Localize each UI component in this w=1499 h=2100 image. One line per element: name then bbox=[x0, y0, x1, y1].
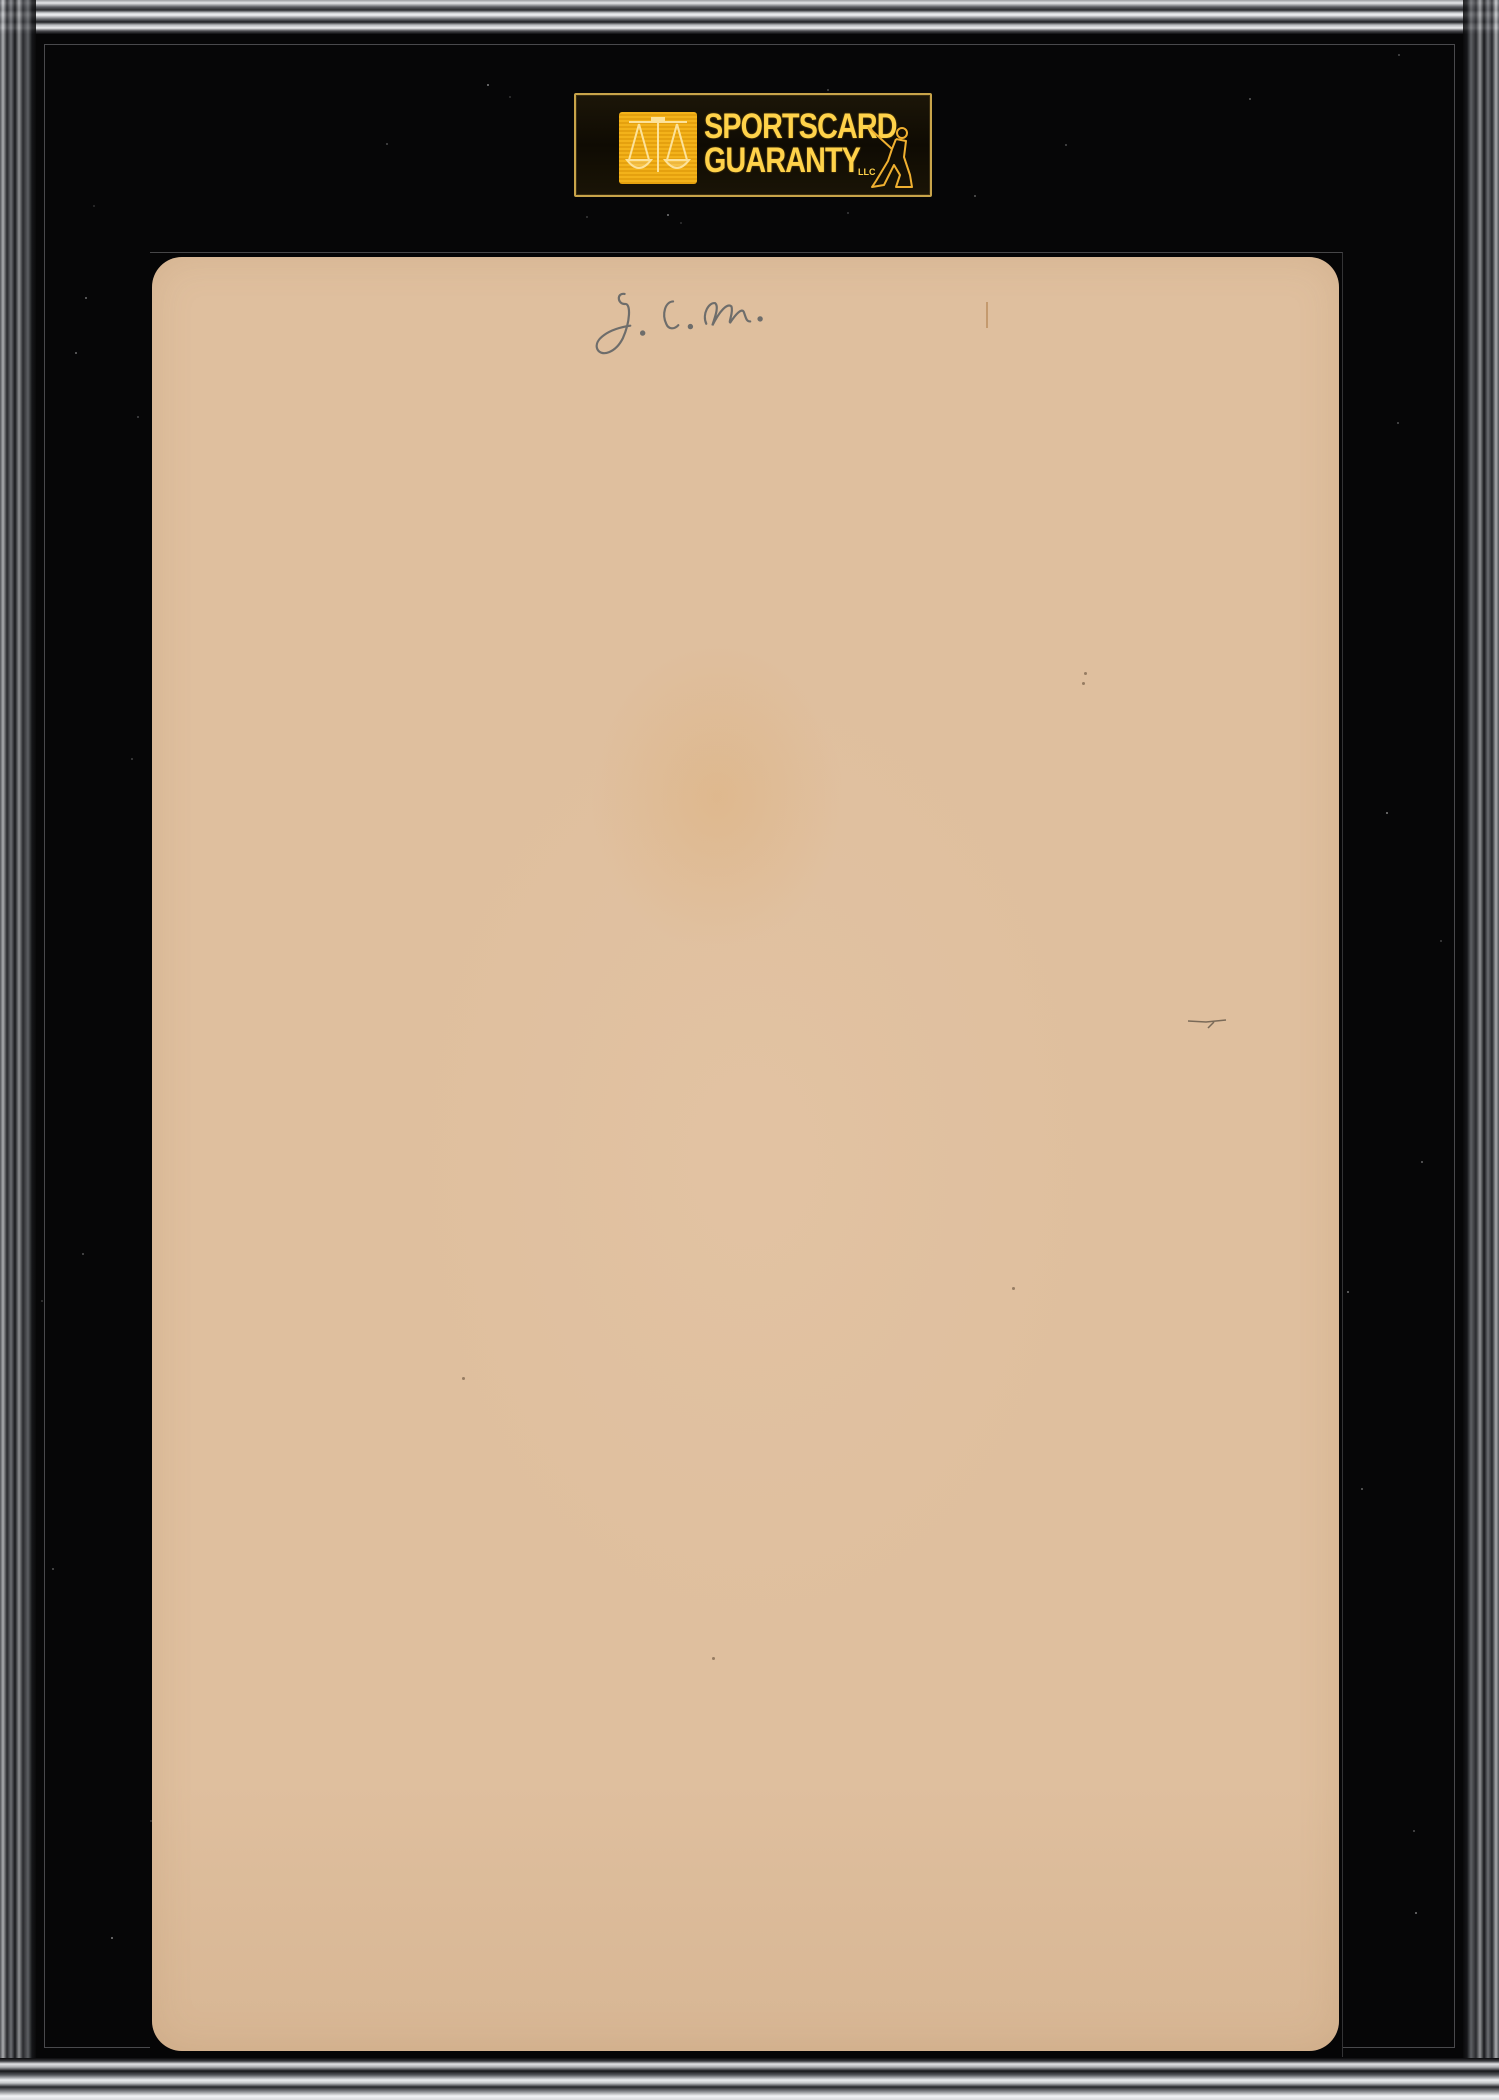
dust-speck bbox=[1386, 812, 1388, 814]
baseball-batter-icon bbox=[866, 125, 914, 191]
dust-speck bbox=[1065, 144, 1067, 146]
dust-speck bbox=[847, 212, 849, 214]
dust-speck bbox=[52, 1568, 54, 1570]
trading-card-back: J. C. M. bbox=[152, 257, 1339, 2051]
dust-speck bbox=[1413, 1830, 1415, 1832]
dust-speck bbox=[85, 297, 87, 299]
handwritten-inscription: J. C. M. bbox=[580, 274, 784, 364]
pencil-tick-mark bbox=[1186, 1015, 1236, 1029]
dust-speck bbox=[111, 1937, 113, 1939]
grading-label: SPORTSCARD GUARANTY LLC bbox=[574, 93, 932, 197]
holder-left-rail bbox=[0, 0, 36, 2100]
dust-speck bbox=[1361, 1488, 1363, 1490]
dust-speck bbox=[75, 352, 77, 354]
paper-speck bbox=[1082, 682, 1085, 685]
pencil-mark bbox=[986, 302, 988, 328]
dust-speck bbox=[131, 758, 133, 760]
paper-speck bbox=[462, 1377, 465, 1380]
dust-speck bbox=[1398, 54, 1400, 56]
dust-speck bbox=[509, 96, 511, 98]
dust-speck bbox=[1415, 1912, 1417, 1914]
holder-bottom-rail bbox=[0, 2058, 1499, 2100]
card-holder-slab: SPORTSCARD GUARANTY LLC J bbox=[0, 0, 1499, 2100]
scales-of-justice-icon bbox=[619, 112, 697, 184]
dust-speck bbox=[41, 1300, 43, 1302]
dust-speck bbox=[1397, 422, 1399, 424]
dust-speck bbox=[487, 84, 489, 86]
dust-speck bbox=[1347, 1291, 1349, 1293]
dust-speck bbox=[1421, 1161, 1423, 1163]
holder-top-rail bbox=[0, 0, 1499, 34]
paper-speck bbox=[1012, 1287, 1015, 1290]
dust-speck bbox=[386, 143, 388, 145]
label-brand-line2: GUARANTY bbox=[704, 143, 860, 179]
dust-speck bbox=[974, 195, 976, 197]
dust-speck bbox=[93, 205, 95, 207]
dust-speck bbox=[667, 214, 669, 216]
paper-speck bbox=[1084, 672, 1087, 675]
dust-speck bbox=[1440, 940, 1442, 942]
paper-speck bbox=[712, 1657, 715, 1660]
dust-speck bbox=[1249, 98, 1251, 100]
dust-speck bbox=[680, 222, 682, 224]
dust-speck bbox=[827, 89, 829, 91]
pencil-signature-icon bbox=[580, 274, 784, 374]
dust-speck bbox=[586, 216, 588, 218]
holder-right-rail bbox=[1463, 0, 1499, 2100]
dust-speck bbox=[137, 416, 139, 418]
dust-speck bbox=[82, 1253, 84, 1255]
